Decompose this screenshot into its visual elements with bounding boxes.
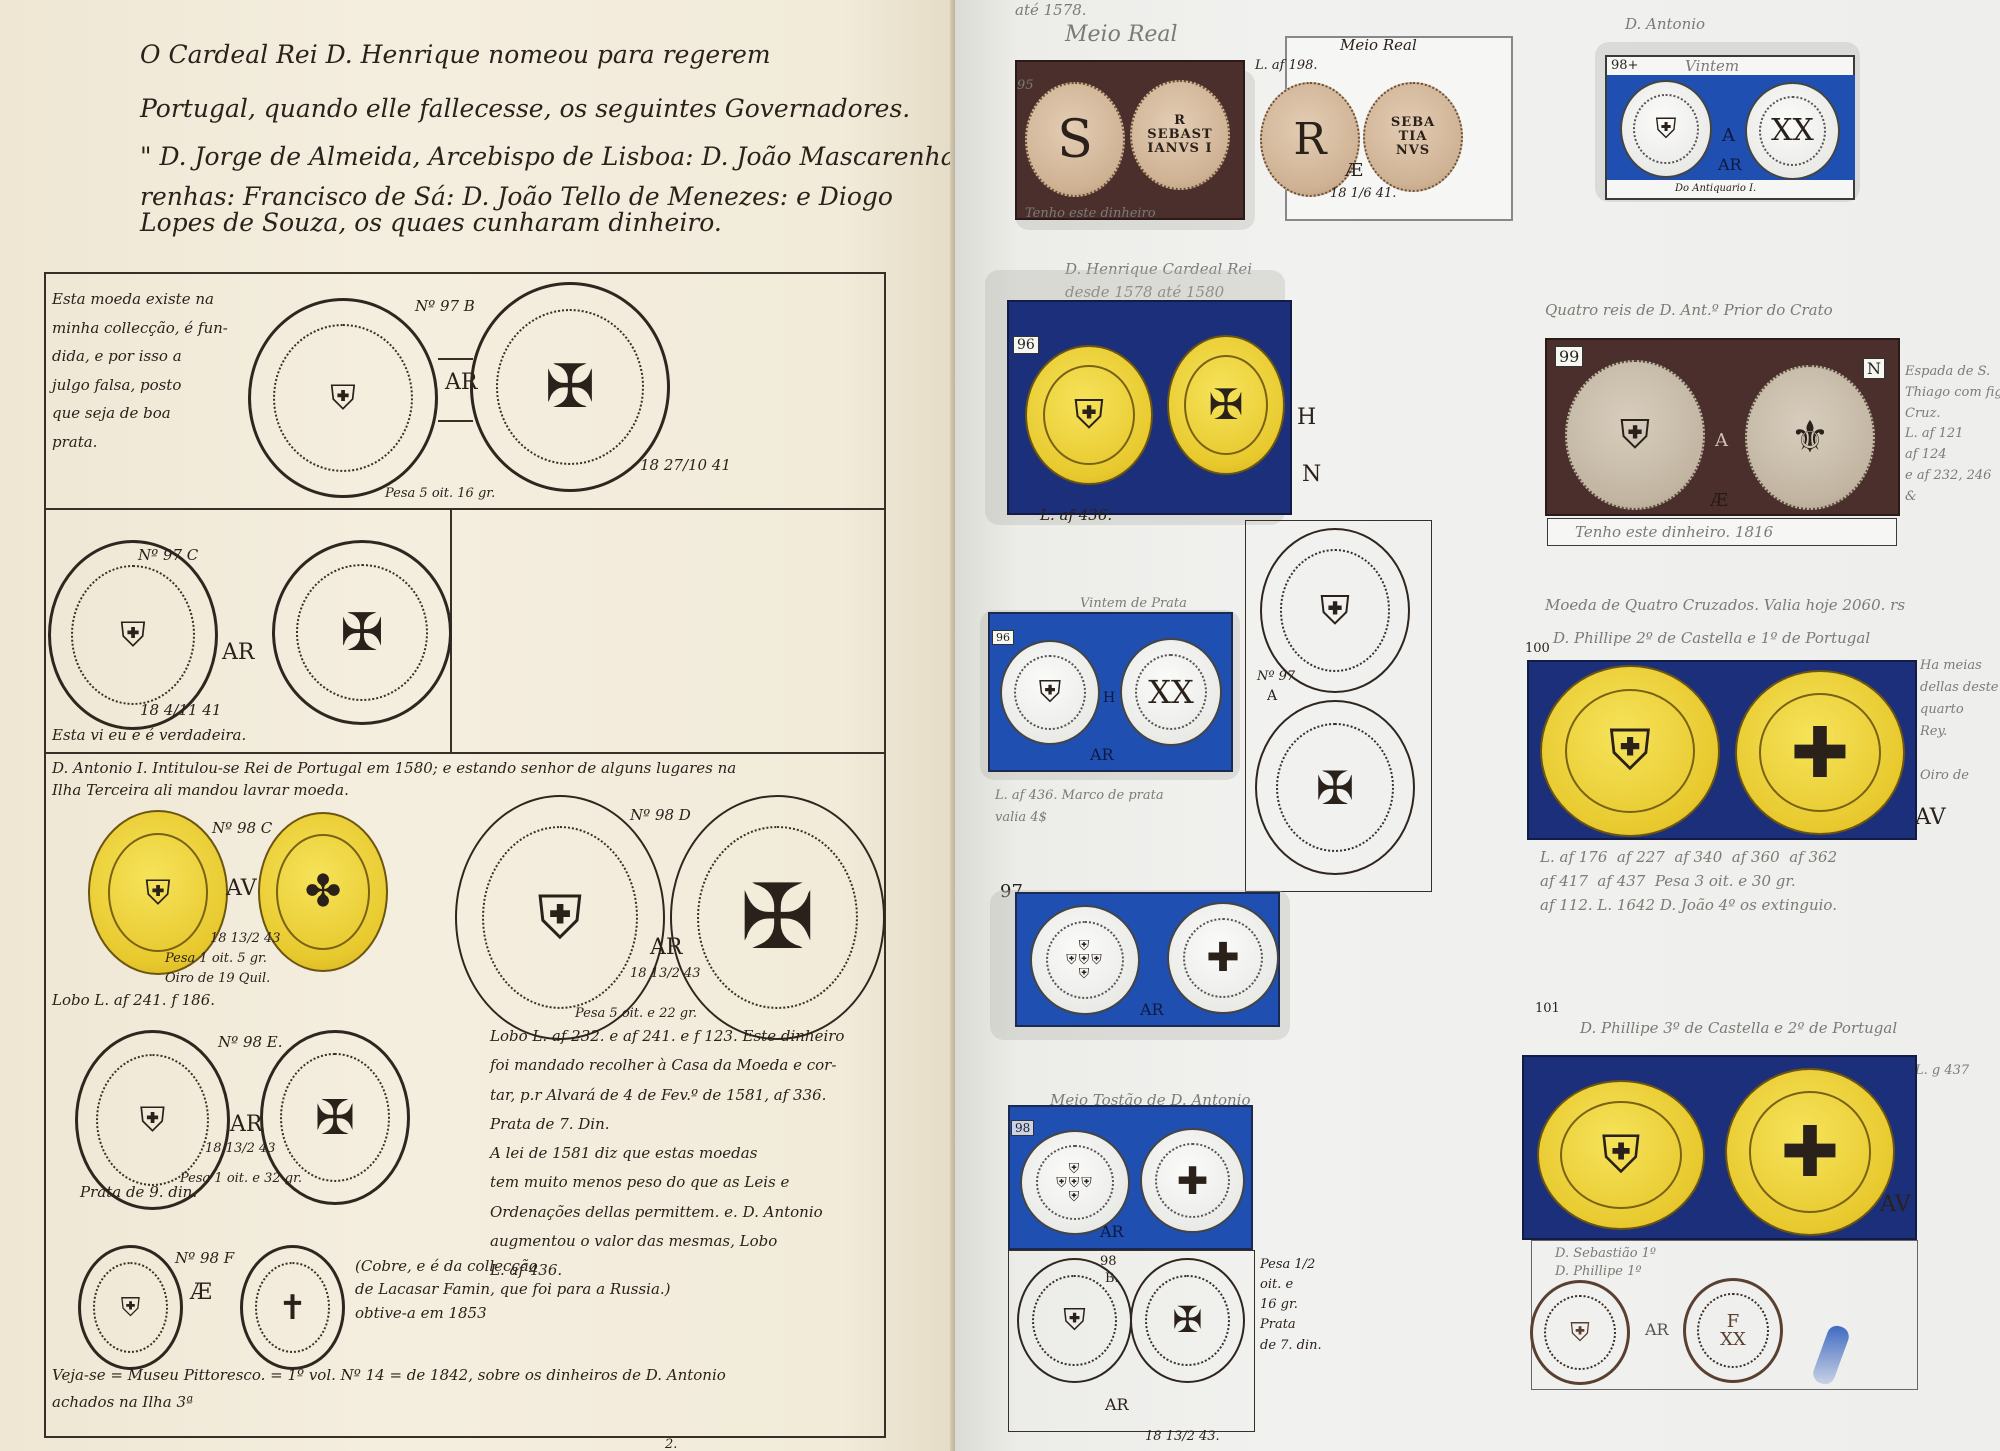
crowned-shield-icon: ⛨ xyxy=(1039,678,1062,708)
divider xyxy=(44,752,884,754)
coin-number: Nº 97 C xyxy=(138,545,198,565)
coin-caption: Tenho este dinheiro xyxy=(1025,205,1156,223)
coin-number: Nº 97 xyxy=(1257,668,1295,686)
coin-number: 96 xyxy=(992,630,1014,645)
cross-icon: ✚ xyxy=(1781,1117,1840,1187)
cross-icon: ✠ xyxy=(740,873,815,963)
coin-heading: Quatro reis de D. Ant.º Prior do Crato xyxy=(1545,300,1833,320)
antonio-intro-line: D. Antonio I. Intitulou-se Rei de Portug… xyxy=(52,758,736,778)
coin-number: Nº 98 C xyxy=(212,818,272,838)
crowned-shield-icon: ⛨ xyxy=(1063,1306,1086,1336)
metal-mark: AR xyxy=(230,1112,262,1137)
crowned-shield-icon: ⛨ xyxy=(1620,415,1650,455)
antonio-intro-line: Ilha Terceira ali mandou lavrar moeda. xyxy=(52,780,349,800)
mint-mark: A xyxy=(1722,125,1735,146)
metal-mark: AR xyxy=(1105,1395,1129,1414)
metal-mark: AR xyxy=(1718,155,1742,174)
crowned-shield-icon: ⛨ xyxy=(1655,115,1676,143)
metal-mark: Æ xyxy=(1710,490,1728,511)
coin-obverse: ⛨ xyxy=(248,298,438,498)
coin-reverse: ✠ xyxy=(272,540,452,725)
coin-obverse: S xyxy=(1025,82,1125,197)
coin-number: 101 xyxy=(1535,1000,1560,1018)
shield-icon: ⛨ xyxy=(1570,1320,1590,1346)
acquisition-date: 18 13/2 43 xyxy=(205,1140,276,1158)
coin-label: Meio Real xyxy=(1340,35,1417,55)
coin-reverse-gold: ✚ xyxy=(1735,670,1905,835)
shield-icon: ⛨ xyxy=(140,1103,166,1137)
coin-reverse: ✠ xyxy=(1130,1258,1245,1383)
authenticity-note: Esta vi eu e é verdadeira. xyxy=(52,725,246,745)
margin-note: Espada de S. Thiago com fig. Cruz. L. af… xyxy=(1905,362,2000,508)
cross-icon: ✠ xyxy=(340,607,384,659)
margin-note: L. g 437 xyxy=(1915,1062,1969,1080)
crowned-shield-icon: ⛨ xyxy=(1074,395,1104,435)
intro-line: O Cardeal Rei D. Henrique nomeou para re… xyxy=(140,38,771,72)
coin-obverse: ⛨⛨⛨⛨⛨ xyxy=(1020,1130,1130,1235)
metal-mark: AV xyxy=(1915,805,1946,830)
side-letter: H xyxy=(1297,405,1316,430)
acquisition-date: 18 4/11 41 xyxy=(140,700,221,720)
plain-cross-icon: ✚ xyxy=(1206,938,1240,978)
coin-number: 95 xyxy=(1017,77,1034,95)
coin-weight: Pesa 1 oit. 5 gr. xyxy=(165,950,267,968)
coin-corner-mark: N xyxy=(1863,358,1885,379)
intro-line: " D. Jorge de Almeida, Arcebispo de Lisb… xyxy=(140,140,977,174)
coin-caption: Do Antiquario I. xyxy=(1675,182,1756,196)
divider xyxy=(44,508,884,510)
side-letter: N xyxy=(1302,462,1321,487)
mint-mark: A xyxy=(1715,430,1728,451)
top-note: até 1578. xyxy=(1015,0,1087,20)
coin-legend: R SEBAST IANVS I xyxy=(1145,114,1215,157)
coin-label: Meio Real xyxy=(1065,20,1178,50)
acquisition-date: 18 13/2 43 xyxy=(630,965,701,983)
coin-reference: L. af 176 af 227 af 340 af 360 af 362 af… xyxy=(1540,845,1837,917)
coin-reference: Lobo L. af 241. f 186. xyxy=(52,990,215,1010)
coin-caption: Tenho este dinheiro. 1816 xyxy=(1575,522,1773,542)
value-mark: XX xyxy=(1148,676,1194,708)
sword-cross-icon: ⚜ xyxy=(1790,416,1829,460)
coin-label: Vintem xyxy=(1685,56,1739,76)
coin-legend: SEBA TIA NVS xyxy=(1383,116,1443,159)
coin-reference: L. af 198. xyxy=(1255,57,1318,75)
metal-mark: Æ xyxy=(1345,160,1363,181)
coin-weight-note: Pesa 1/2 oit. e 16 gr. Prata de 7. din. xyxy=(1260,1255,1322,1356)
sub-coin-reverse: F XX xyxy=(1683,1278,1783,1383)
coin-reverse: R SEBAST IANVS I xyxy=(1130,80,1230,190)
provenance-note: (Cobre, e é da collecção de Lacasar Fami… xyxy=(355,1255,671,1325)
coin-heading: Moeda de Quatro Cruzados. Valia hoje 206… xyxy=(1545,595,1905,615)
crowned-shield-icon: ⛨ xyxy=(1320,591,1350,631)
metal-mark: AR xyxy=(1100,1222,1124,1241)
shield-icon: ⛨ xyxy=(145,876,171,910)
shield-icon: ⛨ xyxy=(121,1295,141,1321)
metal-mark: AR xyxy=(1090,745,1114,764)
coin-number: 100 xyxy=(1525,640,1550,658)
coin-number: 98+ xyxy=(1611,57,1638,75)
coin-number: 99 xyxy=(1555,346,1583,367)
value-mark: F XX xyxy=(1713,1313,1753,1349)
footer-note: Veja-se = Museu Pittoresco. = 1º vol. Nº… xyxy=(52,1365,726,1385)
metal-mark: AR xyxy=(1645,1320,1669,1339)
cross-icon: ✠ xyxy=(315,1094,355,1142)
coin-weight: Pesa 1 oit. e 32 gr. xyxy=(180,1170,302,1188)
quinas-icon: ⛨⛨⛨⛨⛨ xyxy=(1066,939,1104,981)
intro-line: Lopes de Souza, os quaes cunharam dinhei… xyxy=(140,206,722,240)
coin-reverse: ✝ xyxy=(240,1245,345,1370)
coin-reverse: SEBA TIA NVS xyxy=(1363,82,1463,192)
value-mark: XX xyxy=(1771,116,1814,146)
acquisition-date: 18 1/6 41. xyxy=(1330,185,1396,203)
page-mark: 2. xyxy=(665,1436,677,1451)
left-page: O Cardeal Rei D. Henrique nomeou para re… xyxy=(0,0,955,1451)
coin-weight: Pesa 5 oit. 16 gr. xyxy=(385,485,495,503)
collection-note: Esta moeda existe na minha collecção, é … xyxy=(52,285,228,456)
coin-obverse: ⛨ xyxy=(455,795,665,1040)
shield-icon: ⛨ xyxy=(330,381,356,415)
footer-note: achados na Ilha 3ª xyxy=(52,1392,193,1412)
coin-reverse-gold: ✤ xyxy=(258,812,388,972)
cross-icon: ✠ xyxy=(1316,765,1355,811)
coin-reverse: ✠ xyxy=(670,795,885,1040)
cross-icon: ✠ xyxy=(1172,1303,1202,1339)
coin-obverse: ⛨ xyxy=(1620,80,1712,178)
coin-obverse-gold: ⛨ xyxy=(1025,345,1153,485)
coin-number: Nº 98 F xyxy=(175,1248,234,1268)
ruler-name: D. Phillipe 2º de Castella e 1º de Portu… xyxy=(1553,628,1870,648)
cross-fleury-icon: ✤ xyxy=(305,870,342,914)
coin-reference: L. af 436. xyxy=(1040,505,1112,525)
coin-obverse: ⛨ xyxy=(1017,1258,1132,1383)
coin-obverse-gold: ⛨ xyxy=(1540,665,1720,837)
crowned-shield-icon: ⛨ xyxy=(1601,1129,1640,1181)
quinas-icon: ⛨⛨⛨⛨⛨ xyxy=(1056,1162,1094,1204)
coin-weight: Pesa 5 oit. e 22 gr. xyxy=(575,1005,697,1023)
coin-number: 98 xyxy=(1011,1120,1034,1136)
intro-line: Portugal, quando elle fallecesse, os seg… xyxy=(140,92,910,126)
acquisition-date: 18 13/2 43 xyxy=(210,930,281,948)
coin-obverse: ⛨ xyxy=(1000,640,1100,745)
coin-number: 96 xyxy=(1013,336,1039,354)
coin-reverse: ✚ xyxy=(1140,1128,1245,1233)
cross-icon: ✠ xyxy=(1208,384,1243,426)
coin-reverse: XX xyxy=(1745,82,1840,180)
coin-history-note: Lobo L. af 232. e af 241. e f 123. Este … xyxy=(490,1022,844,1285)
cross-icon: ✚ xyxy=(1791,718,1850,788)
coin-number: Nº 98 D xyxy=(630,805,691,825)
ruler-name: D. Phillipe 3º de Castella e 2º de Portu… xyxy=(1580,1018,1897,1038)
connector xyxy=(438,420,473,422)
crowned-shield-icon: ⛨ xyxy=(538,888,583,948)
acquisition-date: 18 13/2 43. xyxy=(1145,1428,1220,1446)
metal-mark: AR xyxy=(222,640,254,665)
coin-obverse: ⛨⛨⛨⛨⛨ xyxy=(1030,905,1140,1015)
metal-mark: Æ xyxy=(190,1280,212,1305)
coin-reverse-gold: ✠ xyxy=(1167,335,1285,475)
coin-obverse: ⛨ xyxy=(1565,360,1705,510)
coin-number: Nº 98 E. xyxy=(218,1032,283,1052)
plain-cross-icon: ✚ xyxy=(1177,1162,1209,1200)
crowned-r-monogram: R xyxy=(1293,118,1326,162)
ruler-name: D. Antonio xyxy=(1625,14,1705,34)
crowned-s-monogram: S xyxy=(1057,114,1093,166)
coin-fineness: Prata de 9. din. xyxy=(80,1182,197,1202)
metal-mark: AV xyxy=(226,876,257,901)
coin-caption: L. af 436. Marco de prata valia 4$ xyxy=(995,785,1164,829)
coin-number: Nº 97 B xyxy=(415,296,475,316)
sub-caption: D. Sebastião 1º D. Phillipe 1º xyxy=(1555,1245,1656,1281)
latin-cross-icon: ✝ xyxy=(278,1291,307,1325)
coin-obverse-gold: ⛨ xyxy=(1537,1080,1705,1230)
shield-icon: ⛨ xyxy=(120,618,146,652)
crowned-shield-icon: ⛨ xyxy=(1609,723,1651,779)
sub-coin-obverse: ⛨ xyxy=(1530,1280,1630,1385)
cross-icon: ✠ xyxy=(545,357,595,417)
mint-mark: H xyxy=(1103,690,1115,706)
coin-reverse-gold: ✚ xyxy=(1725,1068,1895,1236)
metal-mark: AV xyxy=(1880,1192,1911,1217)
acquisition-date: 18 27/10 41 xyxy=(640,455,731,475)
coin-fineness: Oiro de 19 Quil. xyxy=(165,970,270,988)
connector xyxy=(438,358,473,360)
coin-letter: A xyxy=(1267,688,1277,704)
right-page: até 1578. Meio Real 95 S R SEBAST IANVS … xyxy=(955,0,2000,1451)
metal-mark: AR xyxy=(1140,1000,1164,1019)
coin-reverse: ✠ xyxy=(1255,700,1415,875)
coin-reverse: ✚ xyxy=(1167,902,1279,1014)
coin-obverse: ⛨ xyxy=(78,1245,183,1370)
margin-note: Ha meias dellas deste quarto Rey. Oiro d… xyxy=(1920,655,1999,788)
coin-reverse: ⚜ xyxy=(1745,365,1875,510)
coin-reverse: XX xyxy=(1120,638,1222,746)
